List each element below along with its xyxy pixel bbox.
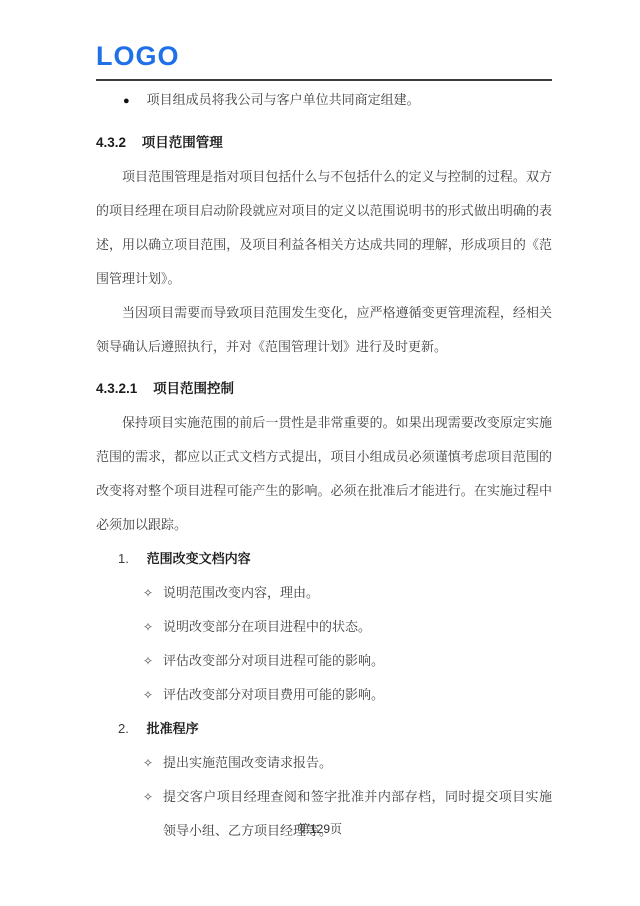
diamond-bullet-icon: ✧ xyxy=(143,678,153,712)
document-body: ● 项目组成员将我公司与客户单位共同商定组建。 4.3.2 项目范围管理 项目范… xyxy=(0,83,640,848)
section-number: 4.3.2 xyxy=(96,135,126,150)
list-item: ✧ 说明改变部分在项目进程中的状态。 xyxy=(96,610,552,644)
section-heading-control: 4.3.2.1 项目范围控制 xyxy=(96,372,552,406)
page-number: 第129页 xyxy=(0,820,640,837)
section-heading-scope: 4.3.2 项目范围管理 xyxy=(96,126,552,160)
list-item: ✧ 评估改变部分对项目进程可能的影响。 xyxy=(96,644,552,678)
section-title: 项目范围控制 xyxy=(153,381,234,396)
list-title: 批准程序 xyxy=(147,721,199,736)
diamond-bullet-icon: ✧ xyxy=(143,780,153,814)
list-item: ✧ 说明范围改变内容，理由。 xyxy=(96,576,552,610)
list-item: ✧ 评估改变部分对项目费用可能的影响。 xyxy=(96,678,552,712)
list-item-text: 说明改变部分在项目进程中的状态。 xyxy=(163,619,371,634)
list-item: ✧ 提交客户项目经理查阅和签字批准并内部存档，同时提交项目实施领导小组、乙方项目… xyxy=(96,780,552,848)
section-number: 4.3.2.1 xyxy=(96,381,137,396)
paragraph-scope-change: 当因项目需要而导致项目范围发生变化，应严格遵循变更管理流程，经相关领导确认后遵照… xyxy=(96,296,552,364)
list-item-text: 提出实施范围改变请求报告。 xyxy=(163,755,332,770)
intro-bullet-text: 项目组成员将我公司与客户单位共同商定组建。 xyxy=(147,92,420,107)
paragraph-scope-definition: 项目范围管理是指对项目包括什么与不包括什么的定义与控制的过程。双方的项目经理在项… xyxy=(96,160,552,296)
header-divider xyxy=(96,79,552,81)
section-title: 项目范围管理 xyxy=(142,135,223,150)
list-number: 2. xyxy=(118,712,143,746)
list-item-text: 评估改变部分对项目进程可能的影响。 xyxy=(163,653,384,668)
diamond-bullet-icon: ✧ xyxy=(143,610,153,644)
diamond-bullet-icon: ✧ xyxy=(143,576,153,610)
diamond-bullet-icon: ✧ xyxy=(143,644,153,678)
document-page: LOGO ● 项目组成员将我公司与客户单位共同商定组建。 4.3.2 项目范围管… xyxy=(0,0,640,906)
list-item-text: 评估改变部分对项目费用可能的影响。 xyxy=(163,687,384,702)
list-heading-change-doc: 1. 范围改变文档内容 xyxy=(96,542,552,576)
company-logo: LOGO xyxy=(96,42,180,72)
list-item: ✧ 提出实施范围改变请求报告。 xyxy=(96,746,552,780)
list-title: 范围改变文档内容 xyxy=(147,551,251,566)
diamond-bullet-icon: ✧ xyxy=(143,746,153,780)
list-number: 1. xyxy=(118,542,143,576)
paragraph-scope-control: 保持项目实施范围的前后一贯性是非常重要的。如果出现需要改变原定实施范围的需求，都… xyxy=(96,406,552,542)
bullet-icon: ● xyxy=(123,84,143,118)
list-item-text: 说明范围改变内容，理由。 xyxy=(163,585,319,600)
page-header: LOGO xyxy=(0,0,640,81)
list-heading-approval: 2. 批准程序 xyxy=(96,712,552,746)
intro-bullet-line: ● 项目组成员将我公司与客户单位共同商定组建。 xyxy=(96,83,552,118)
